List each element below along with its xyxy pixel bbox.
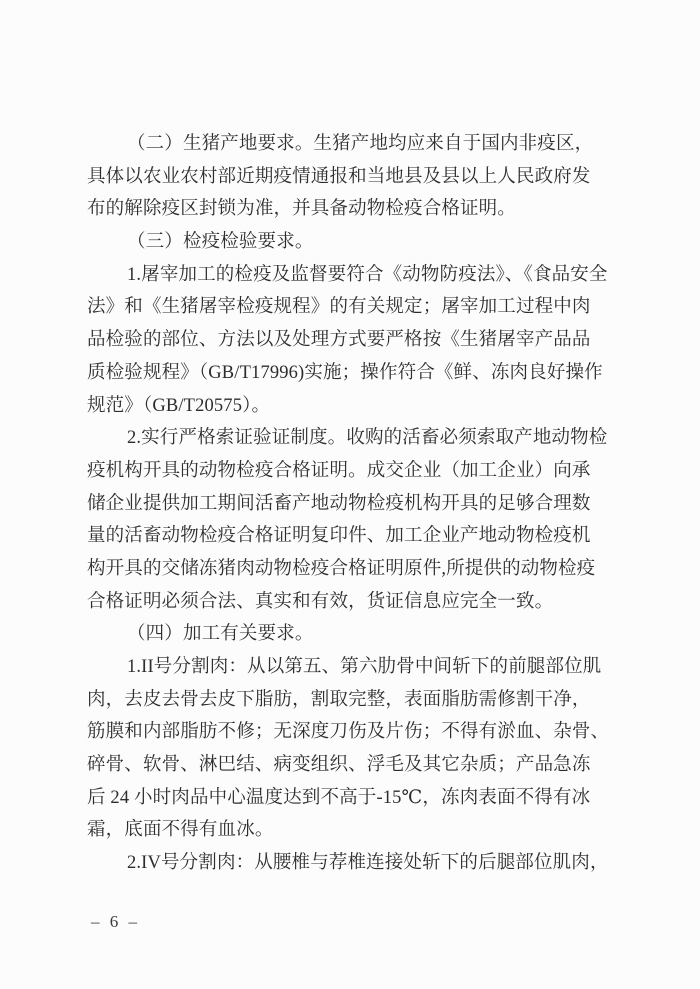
text-line: 1.II号分割肉：从以第五、第六肋骨中间斩下的前腿部位肌 bbox=[87, 651, 627, 684]
text-line: 布的解除疫区封锁为准，并具备动物检疫合格证明。 bbox=[87, 193, 627, 226]
document-page: （二）生猪产地要求。生猪产地均应来自于国内非疫区，具体以农业农村部近期疫情通报和… bbox=[0, 0, 700, 989]
text-line: 量的活畜动物检疫合格证明复印件、加工企业产地动物检疫机 bbox=[87, 520, 627, 553]
text-line: 2.实行严格索证验证制度。收购的活畜必须索取产地动物检 bbox=[87, 422, 627, 455]
text-line: （四）加工有关要求。 bbox=[87, 618, 627, 651]
text-line: 构开具的交储冻猪肉动物检疫合格证明原件,所提供的动物检疫 bbox=[87, 553, 627, 586]
text-line: 1.屠宰加工的检疫及监督要符合《动物防疫法》、《食品安全 bbox=[87, 259, 627, 292]
text-line: 具体以农业农村部近期疫情通报和当地县及县以上人民政府发 bbox=[87, 161, 627, 194]
text-line: 后 24 小时肉品中心温度达到不高于-15℃，冻肉表面不得有冰 bbox=[87, 782, 627, 815]
text-line: （三）检疫检验要求。 bbox=[87, 226, 627, 259]
paragraph: 2.IV号分割肉：从腰椎与荐椎连接处斩下的后腿部位肌肉， bbox=[87, 847, 627, 880]
text-line: 肉，去皮去骨去皮下脂肪，割取完整，表面脂肪需修割干净， bbox=[87, 684, 627, 717]
text-line: 疫机构开具的动物检疫合格证明。成交企业（加工企业）向承 bbox=[87, 455, 627, 488]
text-line: 品检验的部位、方法以及处理方式要严格按《生猪屠宰产品品 bbox=[87, 324, 627, 357]
text-line: 规范》（GB/T20575）。 bbox=[87, 390, 627, 423]
text-line: 储企业提供加工期间活畜产地动物检疫机构开具的足够合理数 bbox=[87, 488, 627, 521]
text-line: 霜，底面不得有血冰。 bbox=[87, 814, 627, 847]
paragraph: （三）检疫检验要求。 bbox=[87, 226, 627, 259]
text-line: 合格证明必须合法、真实和有效，货证信息应完全一致。 bbox=[87, 586, 627, 619]
text-line: 碎骨、软骨、淋巴结、病变组织、浮毛及其它杂质；产品急冻 bbox=[87, 749, 627, 782]
paragraph: （四）加工有关要求。 bbox=[87, 618, 627, 651]
text-line: 质检验规程》（GB/T17996)实施；操作符合《鲜、冻肉良好操作 bbox=[87, 357, 627, 390]
paragraph: （二）生猪产地要求。生猪产地均应来自于国内非疫区，具体以农业农村部近期疫情通报和… bbox=[87, 128, 627, 226]
text-line: 法》和《生猪屠宰检疫规程》的有关规定；屠宰加工过程中肉 bbox=[87, 291, 627, 324]
page-number: – 6 – bbox=[91, 912, 140, 932]
paragraph: 1.II号分割肉：从以第五、第六肋骨中间斩下的前腿部位肌肉，去皮去骨去皮下脂肪，… bbox=[87, 651, 627, 847]
text-line: 筋膜和内部脂肪不修；无深度刀伤及片伤；不得有淤血、杂骨、 bbox=[87, 716, 627, 749]
document-body: （二）生猪产地要求。生猪产地均应来自于国内非疫区，具体以农业农村部近期疫情通报和… bbox=[87, 128, 627, 880]
text-line: 2.IV号分割肉：从腰椎与荐椎连接处斩下的后腿部位肌肉， bbox=[87, 847, 627, 880]
text-line: （二）生猪产地要求。生猪产地均应来自于国内非疫区， bbox=[87, 128, 627, 161]
paragraph: 1.屠宰加工的检疫及监督要符合《动物防疫法》、《食品安全法》和《生猪屠宰检疫规程… bbox=[87, 259, 627, 422]
paragraph: 2.实行严格索证验证制度。收购的活畜必须索取产地动物检疫机构开具的动物检疫合格证… bbox=[87, 422, 627, 618]
